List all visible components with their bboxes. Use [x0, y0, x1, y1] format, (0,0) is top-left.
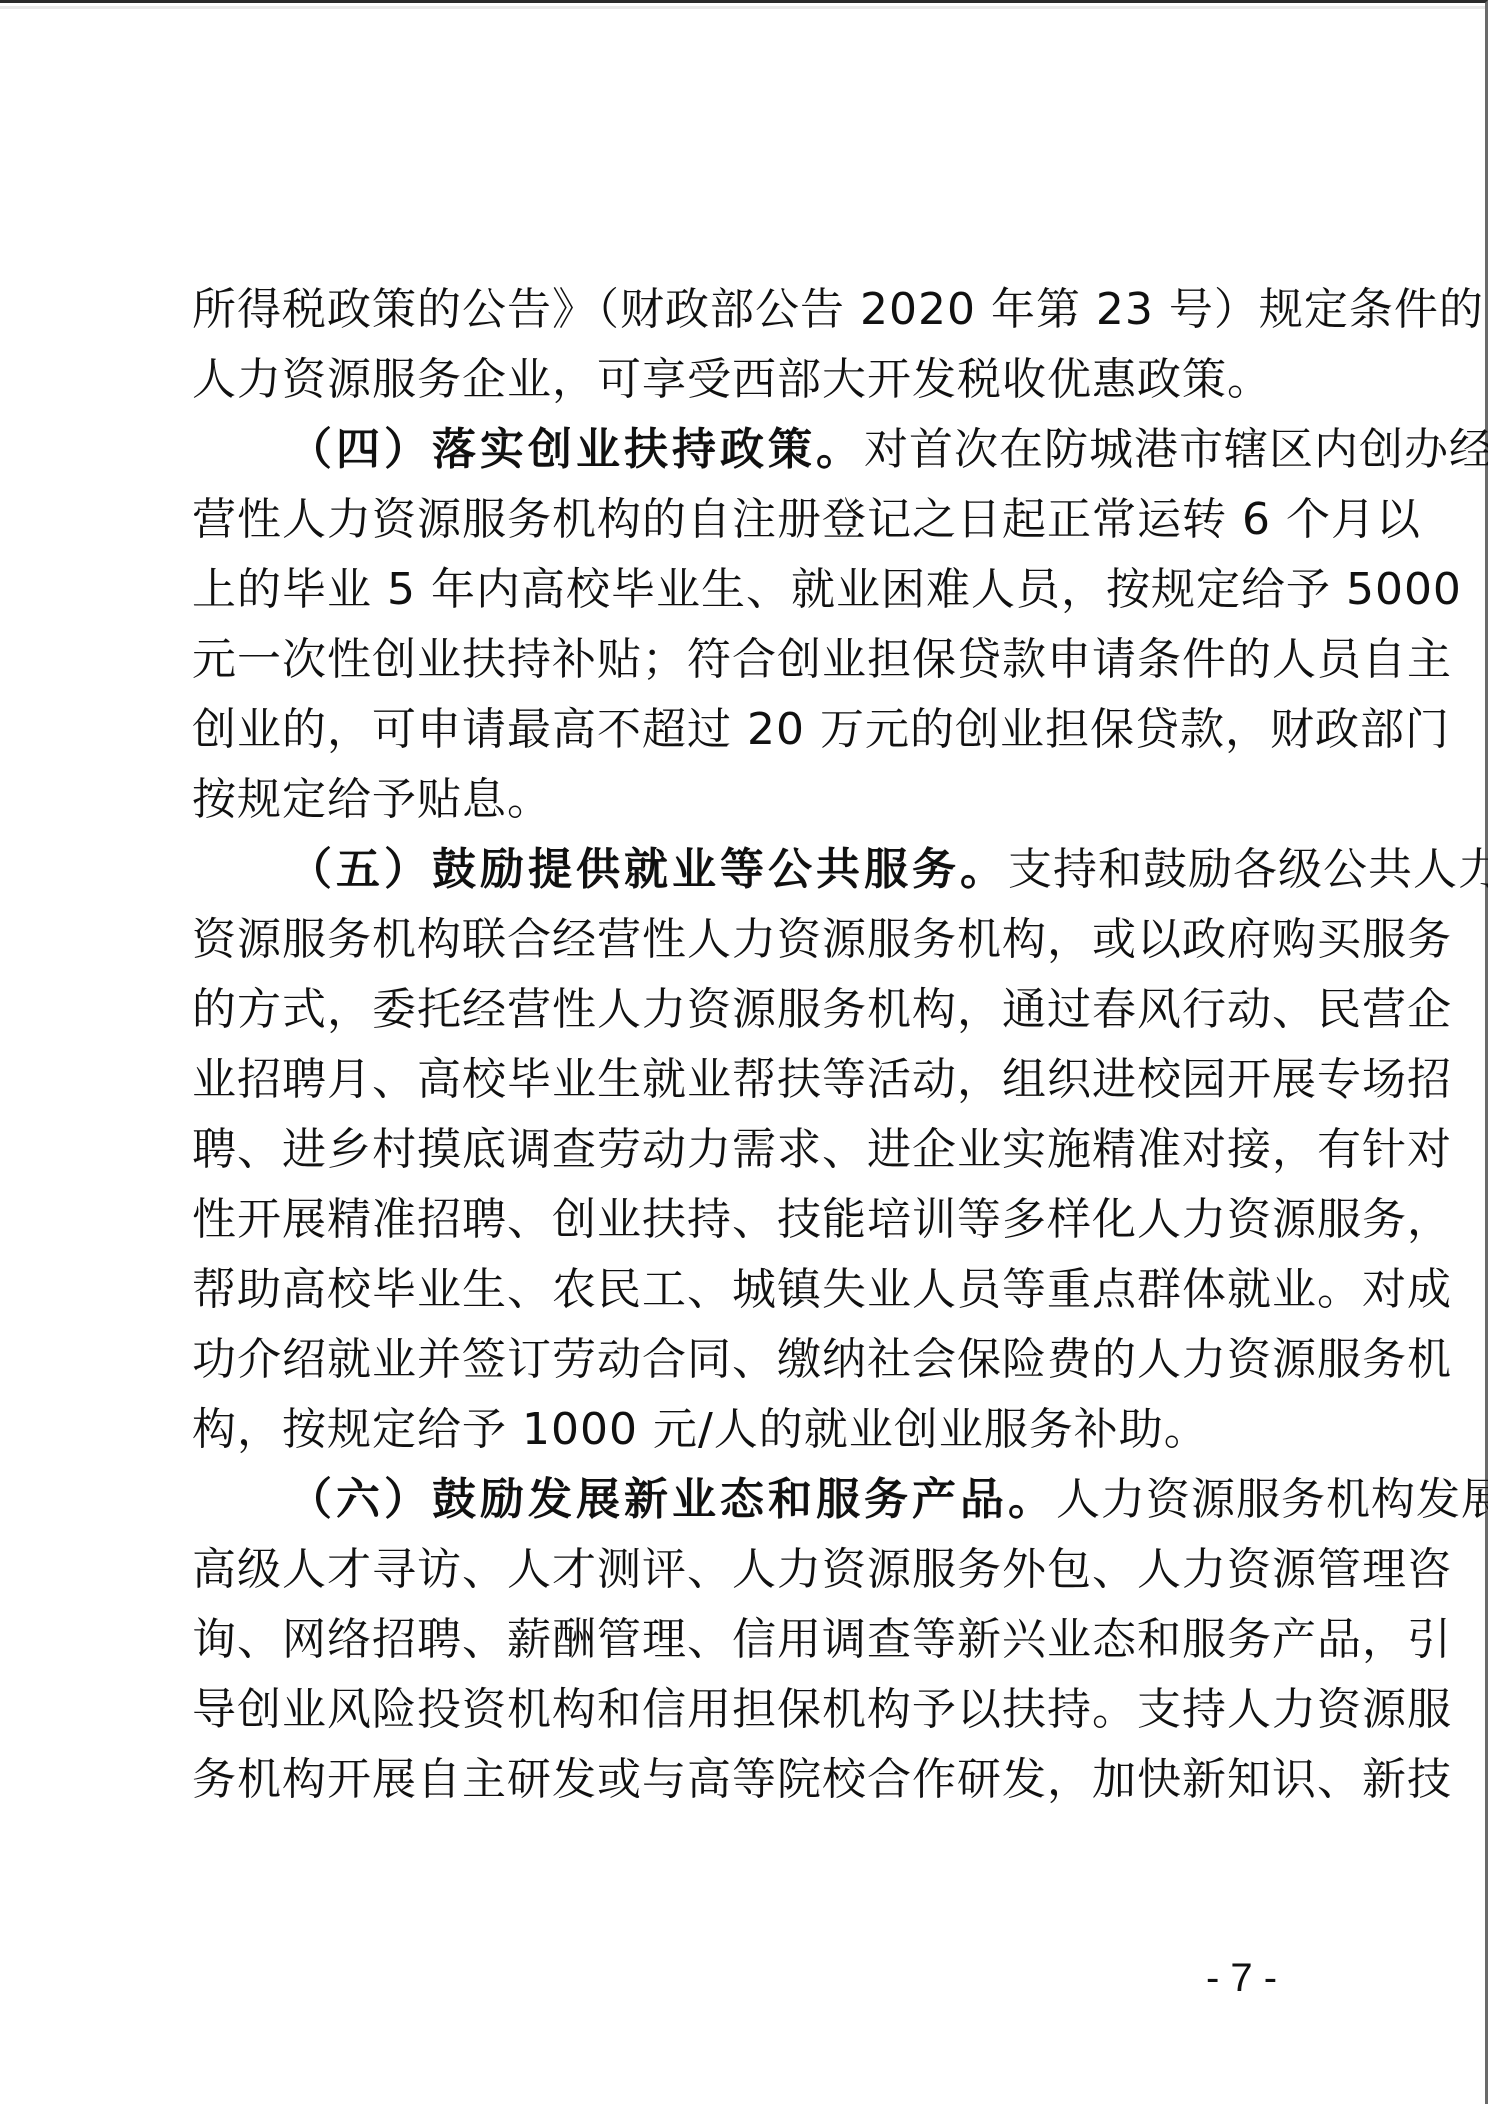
section-heading: （四）落实创业扶持政策。	[288, 424, 864, 475]
document-body: 所得税政策的公告》（财政部公告 2020 年第 23 号）规定条件的 人力资源服…	[192, 275, 1295, 1815]
document-page: 所得税政策的公告》（财政部公告 2020 年第 23 号）规定条件的 人力资源服…	[0, 0, 1488, 2104]
text-line: 聘、进乡村摸底调查劳动力需求、进企业实施精准对接，有针对	[192, 1115, 1295, 1185]
text-line: 务机构开展自主研发或与高等院校合作研发，加快新知识、新技	[192, 1745, 1295, 1815]
text-span: 人力资源服务机构发展	[1056, 1474, 1488, 1525]
text-line: 所得税政策的公告》（财政部公告 2020 年第 23 号）规定条件的	[192, 275, 1295, 345]
text-line: 创业的，可申请最高不超过 20 万元的创业担保贷款，财政部门	[192, 695, 1295, 765]
text-span: 支持和鼓励各级公共人力	[1008, 844, 1488, 895]
text-line: 导创业风险投资机构和信用担保机构予以扶持。支持人力资源服	[192, 1675, 1295, 1745]
text-line: 上的毕业 5 年内高校毕业生、就业困难人员，按规定给予 5000	[192, 555, 1295, 625]
text-line: 按规定给予贴息。	[192, 765, 1295, 835]
text-line: 元一次性创业扶持补贴；符合创业担保贷款申请条件的人员自主	[192, 625, 1295, 695]
section-6-first-line: （六）鼓励发展新业态和服务产品。人力资源服务机构发展	[192, 1465, 1295, 1535]
text-line: 营性人力资源服务机构的自注册登记之日起正常运转 6 个月以	[192, 485, 1295, 555]
section-heading: （五）鼓励提供就业等公共服务。	[288, 844, 1008, 895]
section-4-first-line: （四）落实创业扶持政策。对首次在防城港市辖区内创办经	[192, 415, 1295, 485]
section-heading: （六）鼓励发展新业态和服务产品。	[288, 1474, 1056, 1525]
text-line: 的方式，委托经营性人力资源服务机构，通过春风行动、民营企	[192, 975, 1295, 1045]
text-line: 资源服务机构联合经营性人力资源服务机构，或以政府购买服务	[192, 905, 1295, 975]
text-line: 询、网络招聘、薪酬管理、信用调查等新兴业态和服务产品，引	[192, 1605, 1295, 1675]
text-line: 性开展精准招聘、创业扶持、技能培训等多样化人力资源服务，	[192, 1185, 1295, 1255]
page-top-edge	[0, 6, 1485, 9]
section-5-first-line: （五）鼓励提供就业等公共服务。支持和鼓励各级公共人力	[192, 835, 1295, 905]
text-line: 高级人才寻访、人才测评、人力资源服务外包、人力资源管理咨	[192, 1535, 1295, 1605]
text-line: 功介绍就业并签订劳动合同、缴纳社会保险费的人力资源服务机	[192, 1325, 1295, 1395]
text-line: 人力资源服务企业，可享受西部大开发税收优惠政策。	[192, 345, 1295, 415]
text-line: 帮助高校毕业生、农民工、城镇失业人员等重点群体就业。对成	[192, 1255, 1295, 1325]
text-line: 构，按规定给予 1000 元/人的就业创业服务补助。	[192, 1395, 1295, 1465]
text-line: 业招聘月、高校毕业生就业帮扶等活动，组织进校园开展专场招	[192, 1045, 1295, 1115]
page-number: - 7 -	[1206, 1953, 1306, 2003]
text-span: 对首次在防城港市辖区内创办经	[864, 424, 1488, 475]
